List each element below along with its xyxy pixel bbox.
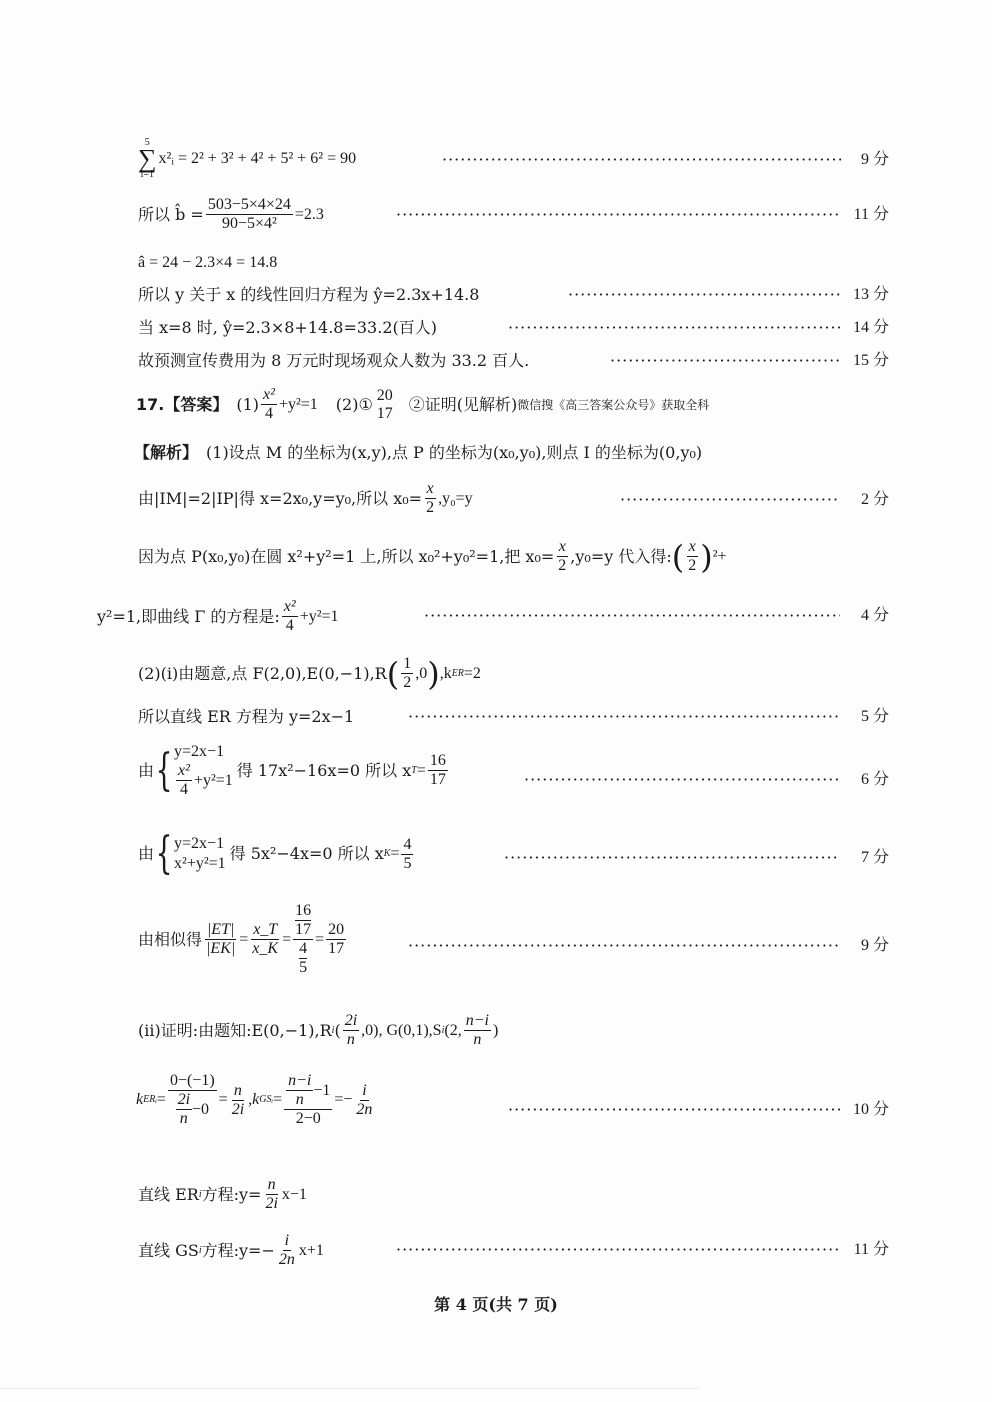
slopes-line: k ERᵢ = 0−(−1) 2i n −0 = n 2i ,k GSᵢ = n… bbox=[136, 1072, 376, 1128]
page-footer: 第 4 页(共 7 页) bbox=[0, 1292, 992, 1315]
conclusion-line: 故预测宣传费用为 8 万元时现场观众人数为 33.2 百人. bbox=[138, 351, 529, 371]
sum-expression: x²ᵢ = 2² + 3² + 4² + 5² + 6² = 90 bbox=[159, 149, 357, 169]
dot-leader: ········································… bbox=[610, 351, 840, 371]
dot-leader: ········································… bbox=[396, 205, 840, 225]
dot-leader: ········································… bbox=[508, 318, 840, 338]
line-eri-line: 直线 ER i 方程:y= n 2i x−1 bbox=[138, 1176, 307, 1213]
answer-label: 17.【答案】 bbox=[136, 395, 228, 415]
im-ip-line: 由|IM|=2|IP|得 x=2x₀,y=y₀,所以 x₀= x 2 ,y₀=y bbox=[138, 480, 473, 517]
watermark-text: 微信搜《高三答案公众号》获取全科 bbox=[517, 395, 709, 415]
score-2: 2 分 bbox=[861, 490, 889, 510]
score-11b: 11 分 bbox=[854, 1240, 889, 1260]
q17-answer-line: 17.【答案】 (1) x² 4 +y²=1 (2)① 20 17 ②证明(见解… bbox=[136, 386, 709, 423]
score-9b: 9 分 bbox=[861, 936, 889, 956]
score-15: 15 分 bbox=[853, 351, 889, 371]
a-hat-line: â = 24 − 2.3×4 = 14.8 bbox=[138, 253, 277, 273]
part2-ii-line: (ⅱ)证明:由题知:E(0,−1),R i ( 2i n ,0), G(0,1)… bbox=[138, 1012, 498, 1049]
line-gsi-line: 直线 GS i 方程:y=− i 2n x+1 bbox=[138, 1232, 324, 1269]
sum-x-squared-line: 5 ∑ i=1 x²ᵢ = 2² + 3² + 4² + 5² + 6² = 9… bbox=[138, 138, 356, 180]
score-10: 10 分 bbox=[853, 1100, 889, 1120]
score-9: 9 分 bbox=[861, 150, 889, 170]
bottom-rule bbox=[0, 1388, 700, 1389]
curve-equation-line: y²=1,即曲线 Γ 的方程是: x² 4 +y²=1 bbox=[97, 598, 339, 635]
dot-leader: ········································… bbox=[508, 1100, 840, 1120]
dot-leader: ········································… bbox=[524, 770, 840, 790]
dot-leader: ········································… bbox=[408, 936, 840, 956]
dot-leader: ········································… bbox=[442, 150, 842, 170]
analysis-label: 【解析】 bbox=[134, 443, 198, 463]
score-7: 7 分 bbox=[861, 848, 889, 868]
fraction: 503−5×4×24 90−5×4² bbox=[206, 196, 293, 233]
score-4: 4 分 bbox=[861, 606, 889, 626]
system1-line: 由 { y=2x−1 x² 4 +y²=1 得 17x²−16x=0 所以 x … bbox=[138, 742, 450, 799]
line-er-line: 所以直线 ER 方程为 y=2x−1 bbox=[138, 707, 354, 727]
circle-substitution-line: 因为点 P(x₀,y₀)在圆 x²+y²=1 上,所以 x₀²+y₀²=1,把 … bbox=[138, 538, 727, 575]
sigma-symbol: 5 ∑ i=1 bbox=[138, 138, 157, 180]
score-14: 14 分 bbox=[853, 318, 889, 338]
similar-ratio-line: 由相似得 |ET| |EK| = x_T x_K = 16 17 4 5 = 2… bbox=[138, 902, 348, 977]
dot-leader: ········································… bbox=[396, 1240, 840, 1260]
system2-line: 由 { y=2x−1 x²+y²=1 得 5x²−4x=0 所以 x K = 4… bbox=[138, 832, 415, 876]
prediction-line: 当 x=8 时, ŷ=2.3×8+14.8=33.2(百人) bbox=[138, 318, 437, 338]
score-11: 11 分 bbox=[854, 205, 889, 225]
dot-leader: ········································… bbox=[408, 707, 840, 727]
dot-leader: ········································… bbox=[568, 285, 840, 305]
part2-i-line: (2)(ⅰ)由题意,点 F(2,0),E(0,−1),R ( 1 2 ,0 ) … bbox=[138, 655, 481, 692]
score-13: 13 分 bbox=[853, 285, 889, 305]
dot-leader: ········································… bbox=[504, 848, 840, 868]
b-hat-line: 所以 b̂ = 503−5×4×24 90−5×4² =2.3 bbox=[138, 196, 324, 233]
regression-line: 所以 y 关于 x 的线性回归方程为 ŷ=2.3x+14.8 bbox=[138, 285, 479, 305]
dot-leader: ········································… bbox=[620, 490, 840, 510]
analysis-intro-line: 【解析】 (1)设点 M 的坐标为(x,y),点 P 的坐标为(x₀,y₀),则… bbox=[134, 443, 702, 463]
score-6: 6 分 bbox=[861, 770, 889, 790]
score-5: 5 分 bbox=[861, 707, 889, 727]
dot-leader: ········································… bbox=[424, 606, 840, 626]
